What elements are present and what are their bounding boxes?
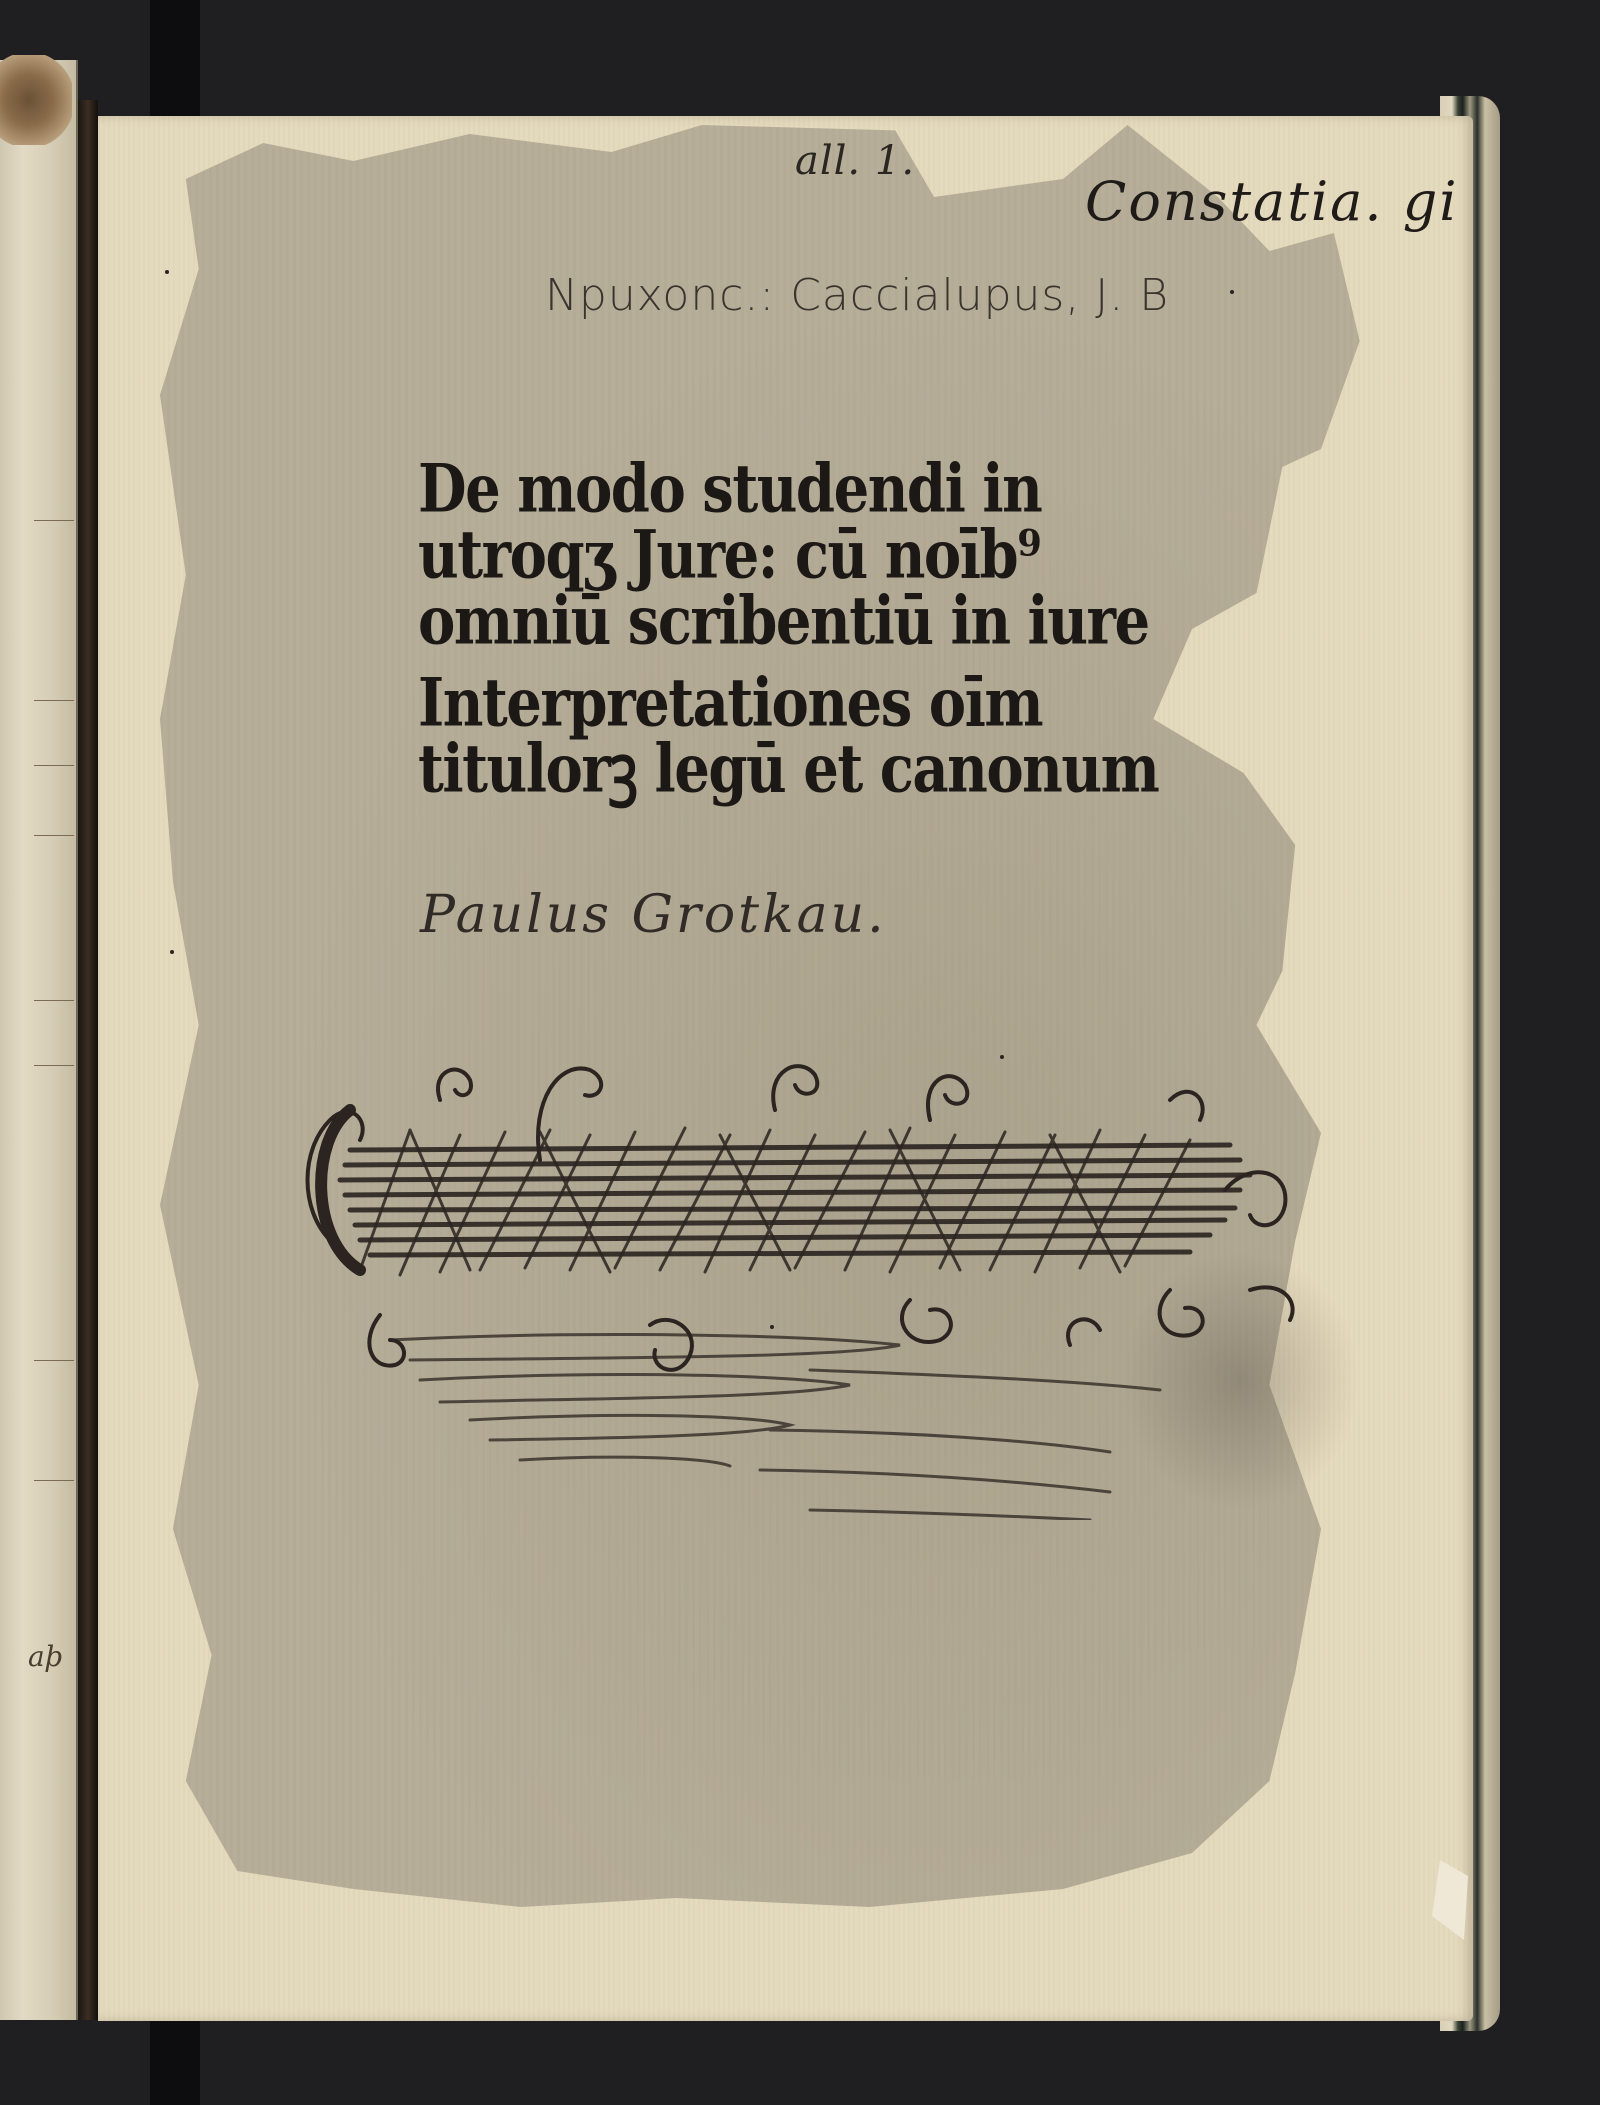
ink-speck bbox=[770, 1325, 774, 1329]
damaged-corner bbox=[0, 55, 72, 145]
handwritten-note-top-right: Constatia. gi bbox=[1085, 170, 1459, 233]
title-line: omniū scribentiū in iure bbox=[418, 582, 1028, 660]
facing-page-margin-note: aþ bbox=[28, 1640, 63, 1673]
book-gutter bbox=[78, 100, 98, 2020]
shelfmark-note: all. 1. bbox=[795, 138, 915, 184]
ink-speck bbox=[170, 950, 174, 954]
title-line: titulorꝫ legū et canonum bbox=[418, 730, 1028, 808]
ruling-line bbox=[34, 520, 74, 521]
ink-speck bbox=[1230, 290, 1234, 294]
printed-title: De modo studendi in utroqʒ Jure: cū noīb… bbox=[418, 450, 1028, 796]
ruling-line bbox=[34, 700, 74, 701]
ink-speck bbox=[165, 270, 169, 274]
ruling-line bbox=[34, 765, 74, 766]
catalog-attribution-note: Npuxonc.: Caccialupus, J. B bbox=[545, 270, 1169, 321]
ink-speck bbox=[1000, 1055, 1004, 1059]
age-stain bbox=[160, 125, 1450, 1925]
ruling-line bbox=[34, 1065, 74, 1066]
ruling-line bbox=[34, 835, 74, 836]
ruling-line bbox=[34, 1000, 74, 1001]
struck-out-inscription bbox=[290, 1040, 1330, 1520]
ruling-line bbox=[34, 1360, 74, 1361]
owner-inscription: Paulus Grotkau. bbox=[420, 885, 887, 945]
ruling-line bbox=[34, 1480, 74, 1481]
facing-page-edge bbox=[0, 60, 78, 2020]
